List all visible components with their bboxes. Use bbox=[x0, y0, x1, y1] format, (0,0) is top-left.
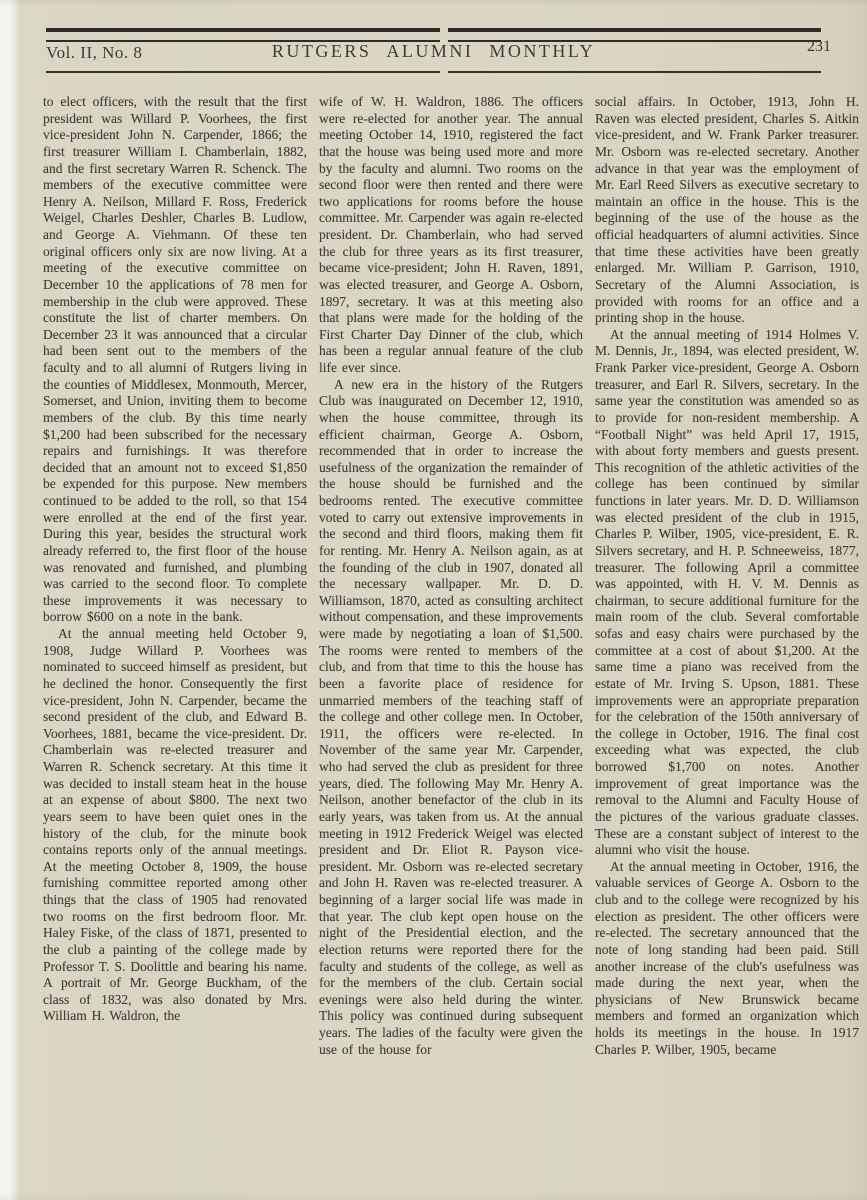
header-bottom-rule-right bbox=[448, 71, 821, 73]
paragraph: At the annual meeting held October 9, 19… bbox=[43, 626, 307, 1025]
paragraph: social affairs. In October, 1913, John H… bbox=[595, 94, 859, 327]
header-top-rule-left bbox=[46, 28, 440, 42]
magazine-page: Vol. II, No. 8 RUTGERS ALUMNI MONTHLY 23… bbox=[0, 0, 867, 1200]
text-column-1: to elect officers, with the result that … bbox=[43, 94, 307, 1199]
header-top-rule-right bbox=[448, 28, 821, 42]
text-column-3: social affairs. In October, 1913, John H… bbox=[595, 94, 859, 1199]
page-title: RUTGERS ALUMNI MONTHLY bbox=[0, 41, 867, 62]
text-columns: to elect officers, with the result that … bbox=[43, 94, 859, 1199]
paragraph: wife of W. H. Waldron, 1886. The officer… bbox=[319, 94, 583, 377]
paragraph: At the annual meeting in October, 1916, … bbox=[595, 859, 859, 1059]
page-header: Vol. II, No. 8 RUTGERS ALUMNI MONTHLY 23… bbox=[0, 0, 867, 95]
header-bottom-rule-left bbox=[46, 71, 440, 73]
text-column-2: wife of W. H. Waldron, 1886. The officer… bbox=[319, 94, 583, 1199]
paragraph: to elect officers, with the result that … bbox=[43, 94, 307, 626]
page-number: 231 bbox=[807, 38, 831, 56]
paragraph: A new era in the history of the Rutgers … bbox=[319, 377, 583, 1059]
paragraph: At the annual meeting of 1914 Holmes V. … bbox=[595, 327, 859, 859]
